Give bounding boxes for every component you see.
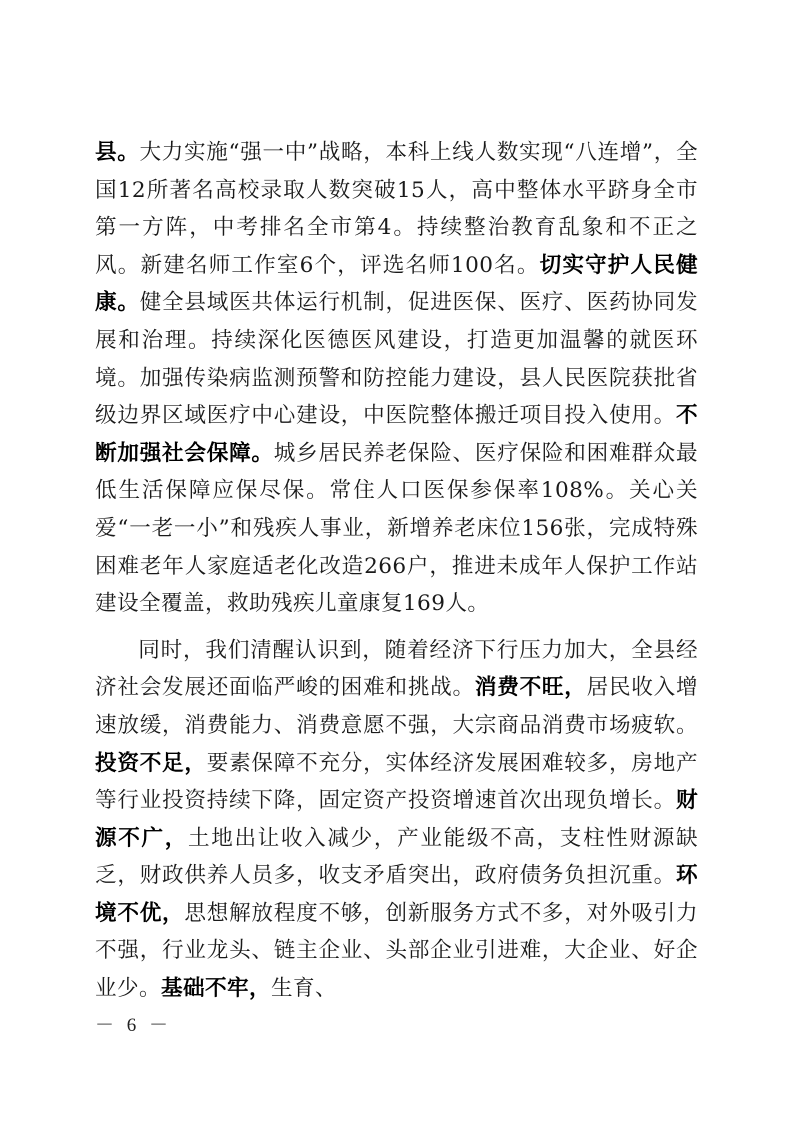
document-body: 县。大力实施“强一中”战略，本科上线人数实现“八连增”，全国12所著名高校录取人… [95, 134, 698, 1008]
bold-heading-fragment: 县。 [95, 140, 140, 165]
paragraph-challenges: 同时，我们清醒认识到，随着经济下行压力加大，全县经济社会发展还面临严峻的困难和挑… [95, 632, 698, 1008]
body-text: 健全县域医共体运行机制，促进医保、医疗、医药协同发展和治理。持续深化医德医风建设… [95, 290, 698, 428]
paragraph-social-services: 县。大力实施“强一中”战略，本科上线人数实现“八连增”，全国12所著名高校录取人… [95, 134, 698, 623]
bold-heading-investment: 投资不足， [95, 751, 207, 776]
page-number: － 6 － [95, 1010, 172, 1037]
body-text: 城乡居民养老保险、医疗保险和困难群众最低生活保障应保尽保。常住人口医保参保率10… [95, 441, 698, 616]
body-text: 生育、 [271, 976, 337, 1001]
bold-heading-consumption: 消费不旺， [475, 675, 587, 700]
bold-heading-foundation: 基础不牢， [161, 976, 271, 1001]
